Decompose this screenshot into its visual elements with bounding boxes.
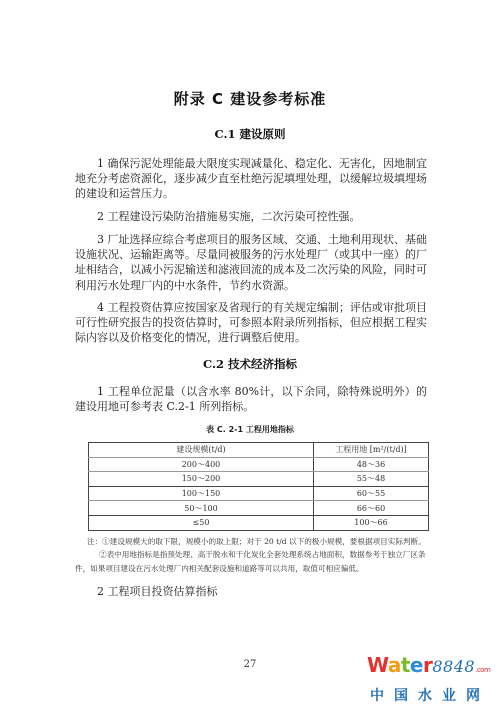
- cell-scale: 200～400: [89, 457, 314, 472]
- column-header-scale: 建设规模(t/d): [89, 443, 314, 458]
- paragraph-c1-2: 2 工程建设污染防治措施易实施，二次污染可控性强。: [75, 209, 427, 224]
- table-row: ≤50 100～66: [89, 515, 429, 530]
- page-number: 27: [240, 659, 260, 670]
- watermark-logo: Water8848.com 中国水业网: [367, 655, 500, 705]
- paragraph-c2-2: 2 工程项目投资估算指标: [75, 584, 427, 599]
- logo-subtitle: 中国水业网: [367, 685, 500, 705]
- table-row: 200～400 48～36: [89, 457, 429, 472]
- paragraph-c1-3: 3 厂址选择应综合考虑项目的服务区域、交通、土地利用现状、基础设施状况、运输距离…: [75, 232, 427, 293]
- cell-scale: 100～150: [89, 486, 314, 501]
- page-title: 附录 C 建设参考标准: [0, 88, 500, 109]
- cell-land: 66～60: [314, 501, 429, 516]
- cell-land: 100～66: [314, 515, 429, 530]
- logo-wordmark: Water8848.com: [367, 655, 500, 680]
- land-use-table: 建设规模(t/d) 工程用地 [m²/(t/d)] 200～400 48～36 …: [88, 442, 429, 531]
- cell-scale: 50～100: [89, 501, 314, 516]
- table-row: 100～150 60～55: [89, 486, 429, 501]
- cell-land: 55～48: [314, 472, 429, 487]
- paragraph-c1-1: 1 确保污泥处理能最大限度实现减量化、稳定化、无害化，因地制宜地充分考虑资源化，…: [75, 156, 427, 202]
- column-header-land: 工程用地 [m²/(t/d)]: [314, 443, 429, 458]
- table-row: 150～200 55～48: [89, 472, 429, 487]
- table-header-row: 建设规模(t/d) 工程用地 [m²/(t/d)]: [89, 443, 429, 458]
- table-row: 50～100 66～60: [89, 501, 429, 516]
- table-caption: 表 C. 2-1 工程用地指标: [0, 424, 500, 435]
- table-note-2: ②表中用地指标是指预处理、高干脱水和干化炭化全套处理系统占地面积，数据参考于独立…: [75, 548, 430, 575]
- section-heading-c2: C.2 技术经济指标: [0, 356, 500, 372]
- cell-scale: ≤50: [89, 515, 314, 530]
- table-note-1: 注：①建设规模大的取下限，规模小的取上限；对于 20 t/d 以下的极小规模，要…: [75, 535, 430, 549]
- cell-land: 48～36: [314, 457, 429, 472]
- cell-land: 60～55: [314, 486, 429, 501]
- paragraph-c1-4: 4 工程投资估算应按国家及省现行的有关规定编制；评估或审批项目可行性研究报告的投…: [75, 300, 427, 346]
- paragraph-c2-1: 1 工程单位泥量（以含水率 80%计，以下余同，除特殊说明外）的建设用地可参考表…: [75, 384, 427, 414]
- section-heading-c1: C.1 建设原则: [0, 126, 500, 142]
- cell-scale: 150～200: [89, 472, 314, 487]
